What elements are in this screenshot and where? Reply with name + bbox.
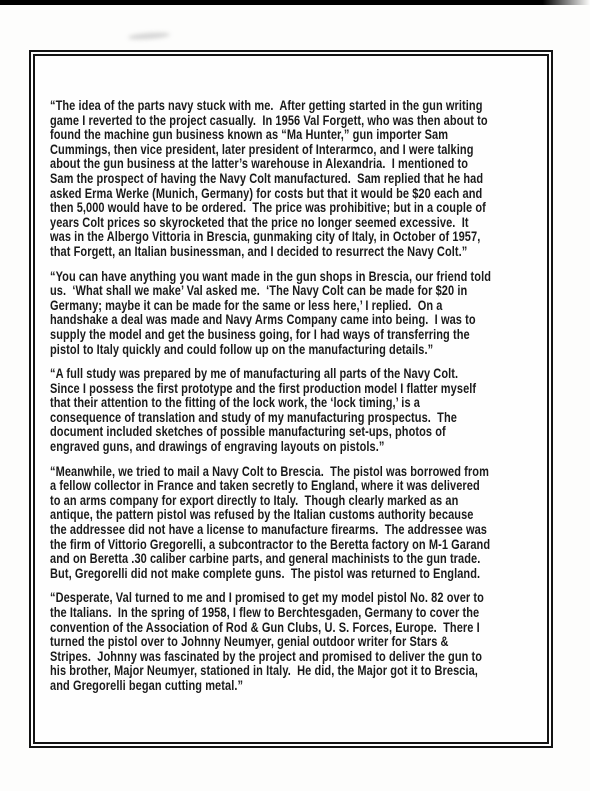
paragraph-1: “The idea of the parts navy stuck with m… [50,99,539,260]
paragraph-4: “Meanwhile, we tried to mail a Navy Colt… [50,465,539,582]
paragraph-3: “A full study was prepared by me of manu… [50,367,539,455]
page-border-frame-inner: “The idea of the parts navy stuck with m… [33,54,549,744]
paragraph-2: “You can have anything you want made in … [50,270,539,358]
paragraph-5: “Desperate, Val turned to me and I promi… [50,591,539,693]
document-text: “The idea of the parts navy stuck with m… [50,99,539,694]
scan-smudge [128,32,170,41]
scanner-artifact-bar [0,0,590,5]
page-border-frame: “The idea of the parts navy stuck with m… [29,50,553,748]
